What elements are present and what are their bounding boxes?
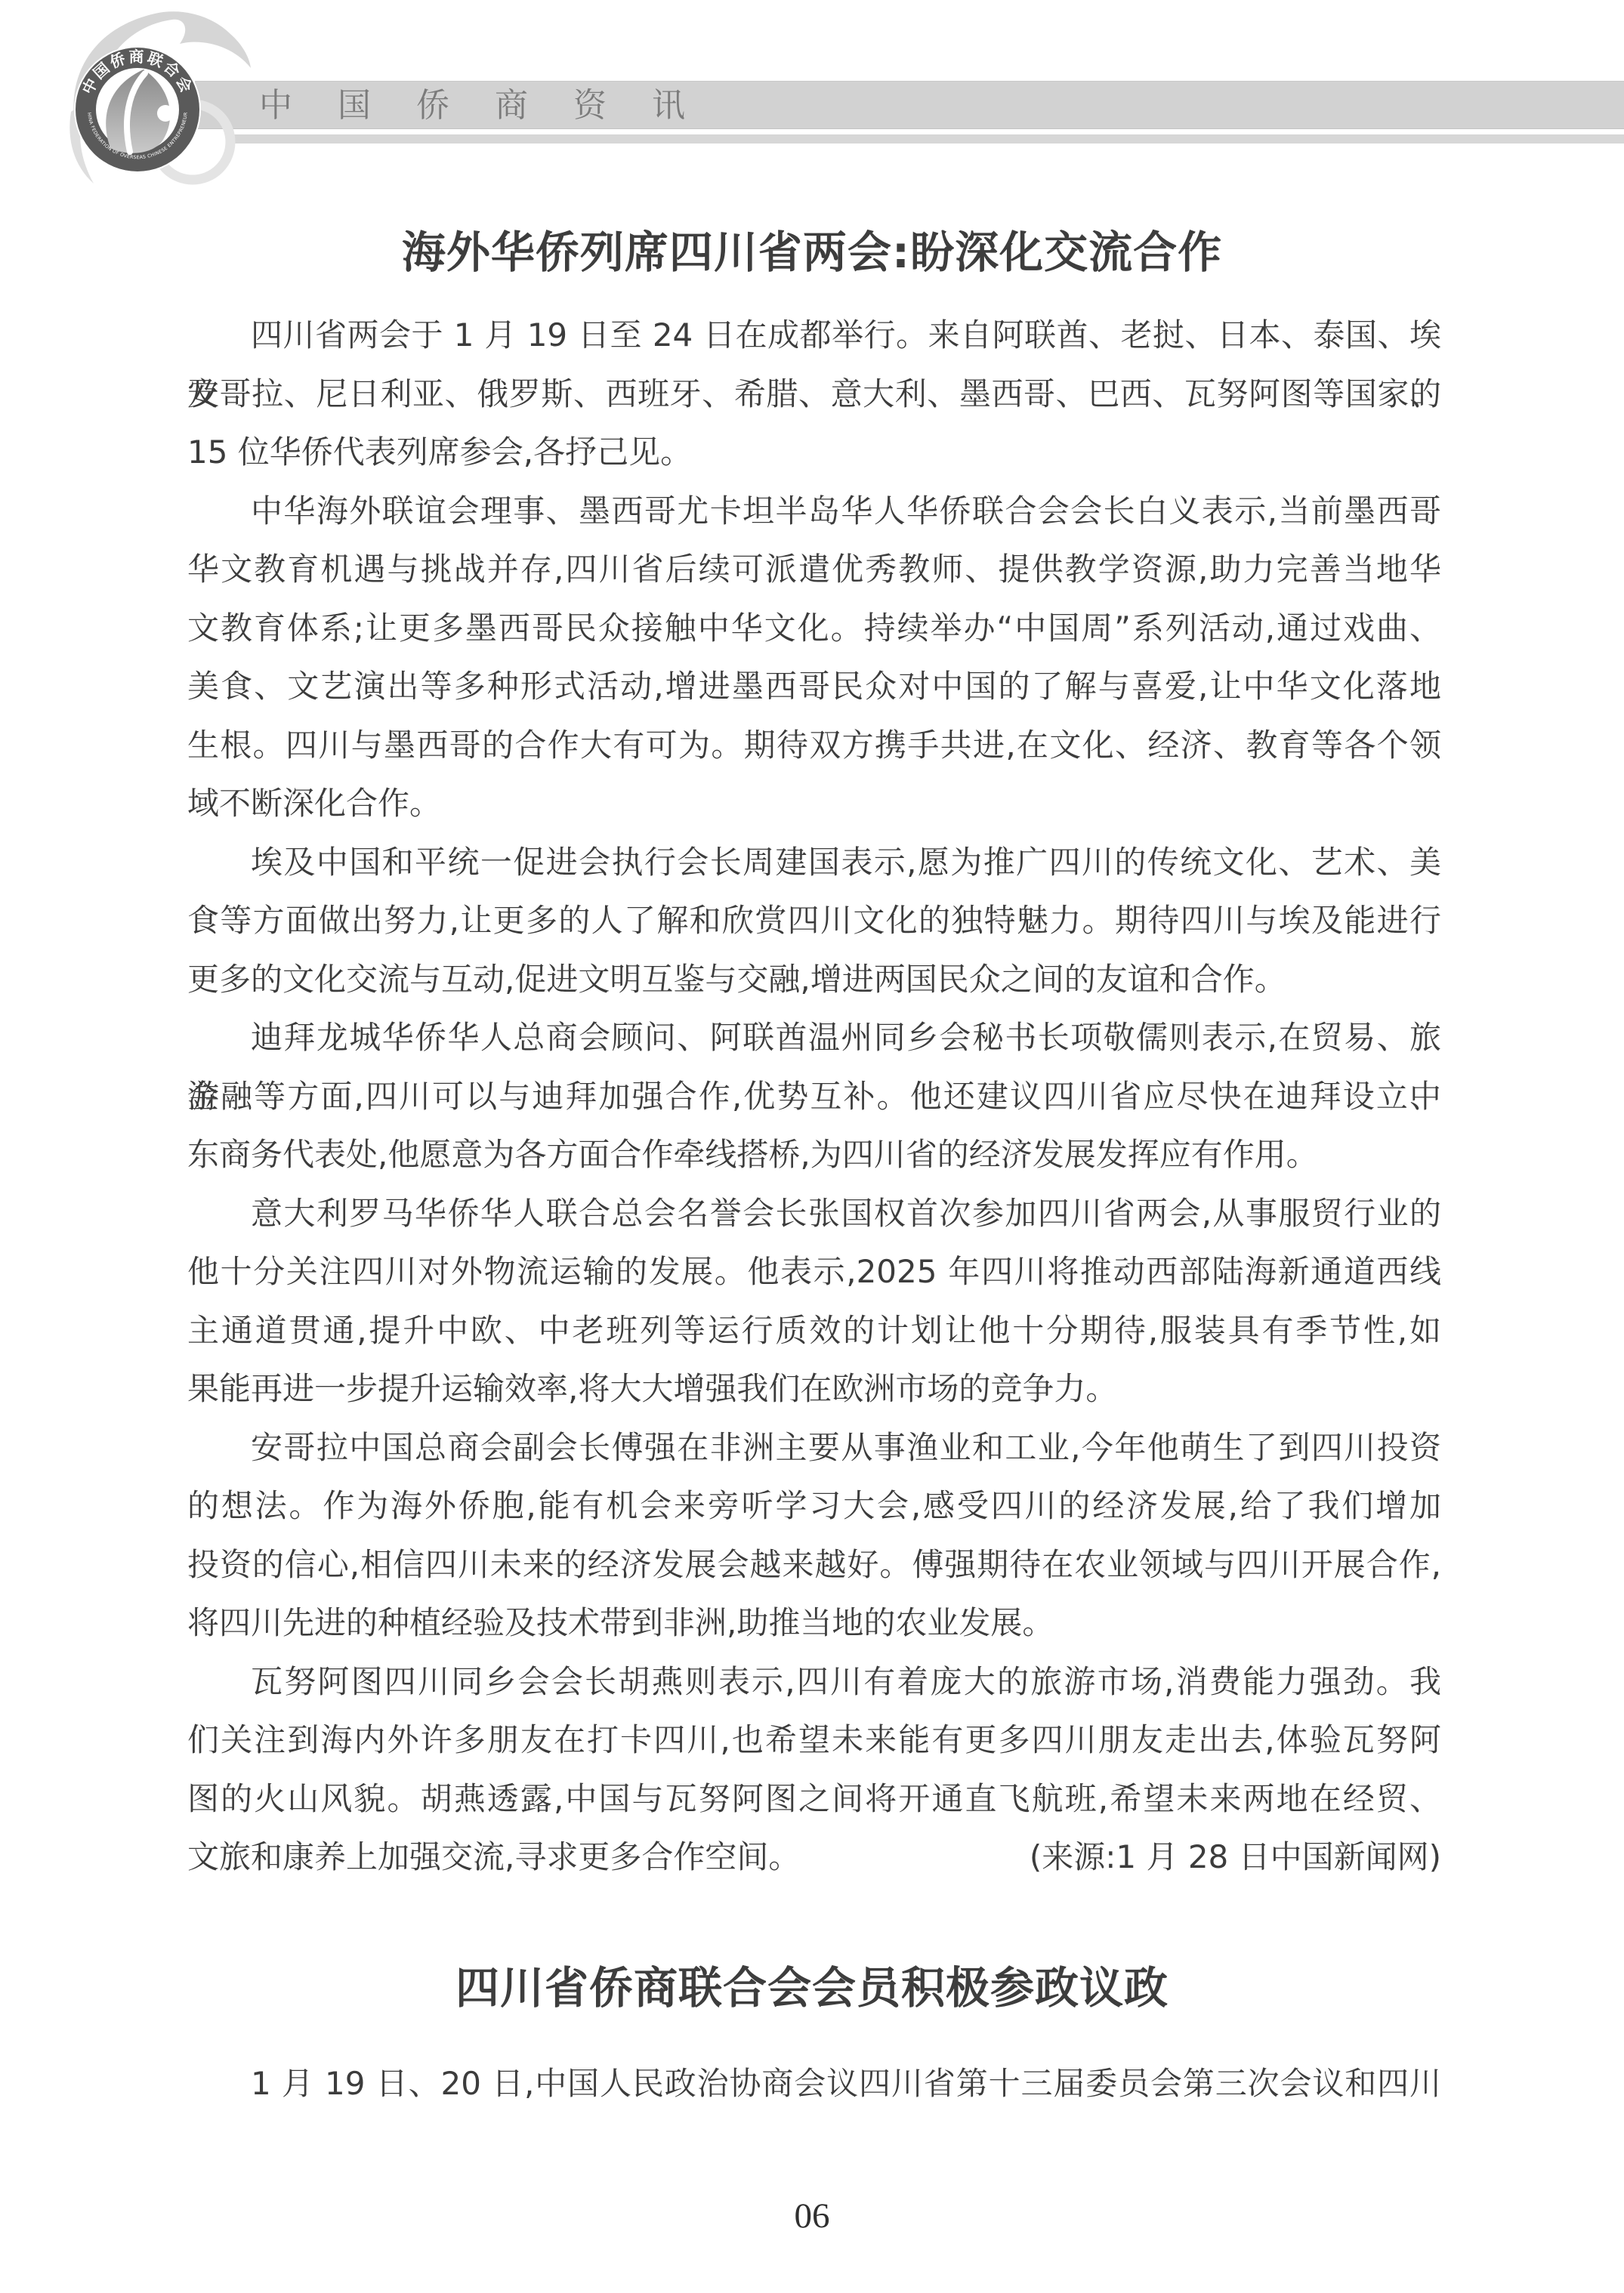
paragraph-line: 更多的文化交流与互动,促进文明互鉴与交融,增进两国民众之间的友谊和合作。: [187, 950, 1441, 1009]
paragraph-line: 1 月 19 日、20 日,中国人民政治协商会议四川省第十三届委员会第三次会议和…: [187, 2054, 1441, 2113]
paragraph: 中华海外联谊会理事、墨西哥尤卡坦半岛华人华侨联合会会长白义表示,当前墨西哥 华文…: [187, 482, 1441, 833]
paragraph: 四川省两会于 1 月 19 日至 24 日在成都举行。来自阿联酋、老挝、日本、泰…: [187, 306, 1441, 482]
article-title-1: 海外华侨列席四川省两会:盼深化交流合作: [0, 222, 1624, 282]
page-number: 06: [0, 2193, 1624, 2239]
logo-seal: 中国侨商联合会 CHINA FEDERATION OF OVERSEAS CHI…: [0, 0, 201, 173]
paragraph-line: 们关注到海内外许多朋友在打卡四川,也希望未来能有更多四川朋友走出去,体验瓦努阿: [187, 1711, 1441, 1770]
paragraph-line: 的想法。作为海外侨胞,能有机会来旁听学习大会,感受四川的经济发展,给了我们增加: [187, 1477, 1441, 1535]
paragraph-line: 文教育体系;让更多墨西哥民众接触中华文化。持续举办“中国周”系列活动,通过戏曲、: [187, 599, 1441, 658]
article-1-body: 四川省两会于 1 月 19 日至 24 日在成都举行。来自阿联酋、老挝、日本、泰…: [187, 306, 1441, 1887]
paragraph: 瓦努阿图四川同乡会会长胡燕则表示,四川有着庞大的旅游市场,消费能力强劲。我 们关…: [187, 1653, 1441, 1887]
paragraph-line: 将四川先进的种植经验及技术带到非洲,助推当地的农业发展。: [187, 1594, 1441, 1653]
masthead-band-thin: [227, 134, 1624, 144]
paragraph-line: 埃及中国和平统一促进会执行会长周建国表示,愿为推广四川的传统文化、艺术、美: [187, 833, 1441, 892]
paragraph-line: 华文教育机遇与挑战并存,四川省后续可派遣优秀教师、提供教学资源,助力完善当地华: [187, 540, 1441, 599]
paragraph: 安哥拉中国总商会副会长傅强在非洲主要从事渔业和工业,今年他萌生了到四川投资 的想…: [187, 1418, 1441, 1653]
newsletter-page: 中国侨商资讯 中国侨商联合会 CHINA FEDERATION O: [0, 0, 1624, 2293]
paragraph: 迪拜龙城华侨华人总商会顾问、阿联酋温州同乡会秘书长项敬儒则表示,在贸易、旅游、 …: [187, 1008, 1441, 1184]
paragraph-line: 果能再进一步提升运输效率,将大大增强我们在欧洲市场的竞争力。: [187, 1359, 1441, 1418]
paragraph-line: 主通道贯通,提升中欧、中老班列等运行质效的计划让他十分期待,服装具有季节性,如: [187, 1301, 1441, 1360]
paragraph-line: 投资的信心,相信四川未来的经济发展会越来越好。傅强期待在农业领域与四川开展合作,: [187, 1535, 1441, 1594]
paragraph: 意大利罗马华侨华人联合总会名誉会长张国权首次参加四川省两会,从事服贸行业的 他十…: [187, 1184, 1441, 1418]
paragraph: 埃及中国和平统一促进会执行会长周建国表示,愿为推广四川的传统文化、艺术、美 食等…: [187, 833, 1441, 1009]
article-title-2: 四川省侨商联合会会员积极参政议政: [0, 1958, 1624, 2018]
paragraph-line: 文旅和康养上加强交流,寻求更多合作空间。 (来源:1 月 28 日中国新闻网): [187, 1828, 1441, 1887]
source-attribution: (来源:1 月 28 日中国新闻网): [1030, 1828, 1441, 1887]
paragraph-text: 文旅和康养上加强交流,寻求更多合作空间。: [187, 1828, 800, 1887]
paragraph-line: 域不断深化合作。: [187, 774, 1441, 833]
paragraph-line: 东商务代表处,他愿意为各方面合作牵线搭桥,为四川省的经济发展发挥应有作用。: [187, 1125, 1441, 1184]
paragraph-line: 他十分关注四川对外物流运输的发展。他表示,2025 年四川将推动西部陆海新通道西…: [187, 1242, 1441, 1301]
paragraph-line: 四川省两会于 1 月 19 日至 24 日在成都举行。来自阿联酋、老挝、日本、泰…: [187, 306, 1441, 365]
paragraph-line: 食等方面做出努力,让更多的人了解和欣赏四川文化的独特魅力。期待四川与埃及能进行: [187, 891, 1441, 950]
article-2-body: 1 月 19 日、20 日,中国人民政治协商会议四川省第十三届委员会第三次会议和…: [187, 2054, 1441, 2113]
paragraph: 1 月 19 日、20 日,中国人民政治协商会议四川省第十三届委员会第三次会议和…: [187, 2054, 1441, 2113]
federation-logo-icon: 中国侨商联合会 CHINA FEDERATION OF OVERSEAS CHI…: [0, 0, 261, 198]
paragraph-line: 金融等方面,四川可以与迪拜加强合作,优势互补。他还建议四川省应尽快在迪拜设立中: [187, 1067, 1441, 1126]
paragraph-line: 安哥拉、尼日利亚、俄罗斯、西班牙、希腊、意大利、墨西哥、巴西、瓦努阿图等国家的: [187, 365, 1441, 424]
masthead-title: 中国侨商资讯: [259, 82, 730, 128]
paragraph-line: 图的火山风貌。胡燕透露,中国与瓦努阿图之间将开通直飞航班,希望未来两地在经贸、: [187, 1770, 1441, 1829]
paragraph-line: 15 位华侨代表列席参会,各抒己见。: [187, 423, 1441, 482]
paragraph-line: 生根。四川与墨西哥的合作大有可为。期待双方携手共进,在文化、经济、教育等各个领: [187, 716, 1441, 775]
paragraph-line: 中华海外联谊会理事、墨西哥尤卡坦半岛华人华侨联合会会长白义表示,当前墨西哥: [187, 482, 1441, 541]
paragraph-line: 迪拜龙城华侨华人总商会顾问、阿联酋温州同乡会秘书长项敬儒则表示,在贸易、旅游、: [187, 1008, 1441, 1067]
paragraph-line: 美食、文艺演出等多种形式活动,增进墨西哥民众对中国的了解与喜爱,让中华文化落地: [187, 657, 1441, 716]
paragraph-line: 安哥拉中国总商会副会长傅强在非洲主要从事渔业和工业,今年他萌生了到四川投资: [187, 1418, 1441, 1477]
paragraph-line: 意大利罗马华侨华人联合总会名誉会长张国权首次参加四川省两会,从事服贸行业的: [187, 1184, 1441, 1243]
paragraph-line: 瓦努阿图四川同乡会会长胡燕则表示,四川有着庞大的旅游市场,消费能力强劲。我: [187, 1653, 1441, 1711]
